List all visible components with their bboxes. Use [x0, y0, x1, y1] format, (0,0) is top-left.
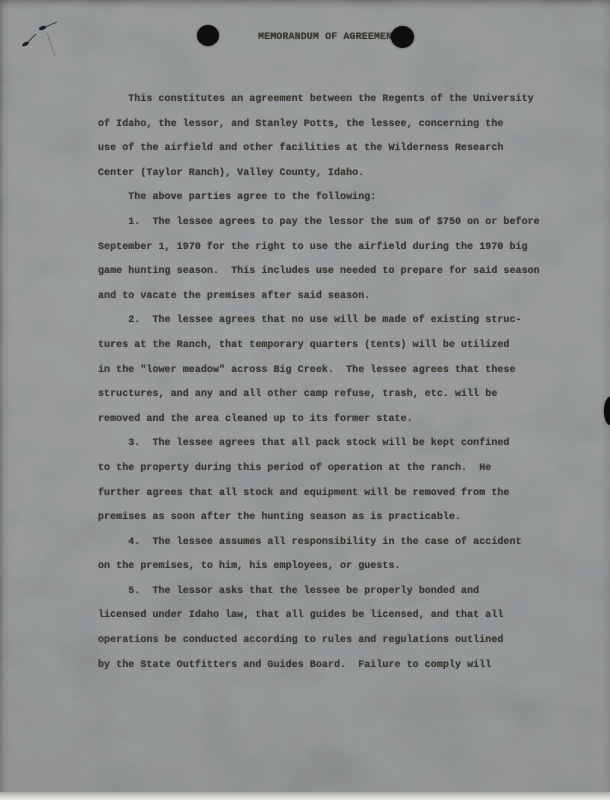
typed-line: This constitutes an agreement between th… — [98, 88, 540, 113]
pen-marks — [4, 4, 74, 74]
typed-line: licensed under Idaho law, that all guide… — [98, 604, 540, 629]
typed-line: 3. The lessee agrees that all pack stock… — [98, 432, 540, 457]
typed-line: to the property during this period of op… — [98, 457, 540, 482]
typed-line: 2. The lessee agrees that no use will be… — [98, 309, 540, 334]
punch-hole-left — [197, 25, 219, 46]
punch-hole-right — [391, 26, 414, 48]
scan-bottom-edge — [0, 792, 610, 800]
typed-line: game hunting season. This includes use n… — [98, 260, 540, 285]
typed-line: further agrees that all stock and equipm… — [98, 482, 540, 507]
typed-line: 4. The lessee assumes all responsibility… — [98, 531, 540, 556]
typed-line: The above parties agree to the following… — [98, 186, 540, 211]
scanned-document-page: MEMORANDUM OF AGREEMENT This constitutes… — [0, 0, 610, 800]
typed-line: 5. The lessor asks that the lessee be pr… — [98, 580, 540, 605]
typed-line: tures at the Ranch, that temporary quart… — [98, 334, 540, 359]
typed-line: in the "lower meadow" across Big Creek. … — [98, 359, 540, 384]
typed-line: 1. The lessee agrees to pay the lessor t… — [98, 211, 540, 236]
typed-line: operations be conducted according to rul… — [98, 629, 540, 654]
typed-line: of Idaho, the lessor, and Stanley Potts,… — [98, 113, 540, 138]
document-title: MEMORANDUM OF AGREEMENT — [258, 32, 398, 43]
typed-line: on the premises, to him, his employees, … — [98, 555, 540, 580]
typed-line: by the State Outfitters and Guides Board… — [98, 654, 540, 679]
typed-line: Center (Taylor Ranch), Valley County, Id… — [98, 162, 540, 187]
typed-line: use of the airfield and other facilities… — [98, 137, 540, 162]
edge-punch-notch — [604, 397, 610, 425]
typed-lines: This constitutes an agreement between th… — [98, 88, 540, 678]
typed-line: premises as soon after the hunting seaso… — [98, 506, 540, 531]
typed-line: structures, and any and all other camp r… — [98, 383, 540, 408]
typed-line: removed and the area cleaned up to its f… — [98, 408, 540, 433]
typed-line: September 1, 1970 for the right to use t… — [98, 236, 540, 261]
typed-line: and to vacate the premises after said se… — [98, 285, 540, 310]
